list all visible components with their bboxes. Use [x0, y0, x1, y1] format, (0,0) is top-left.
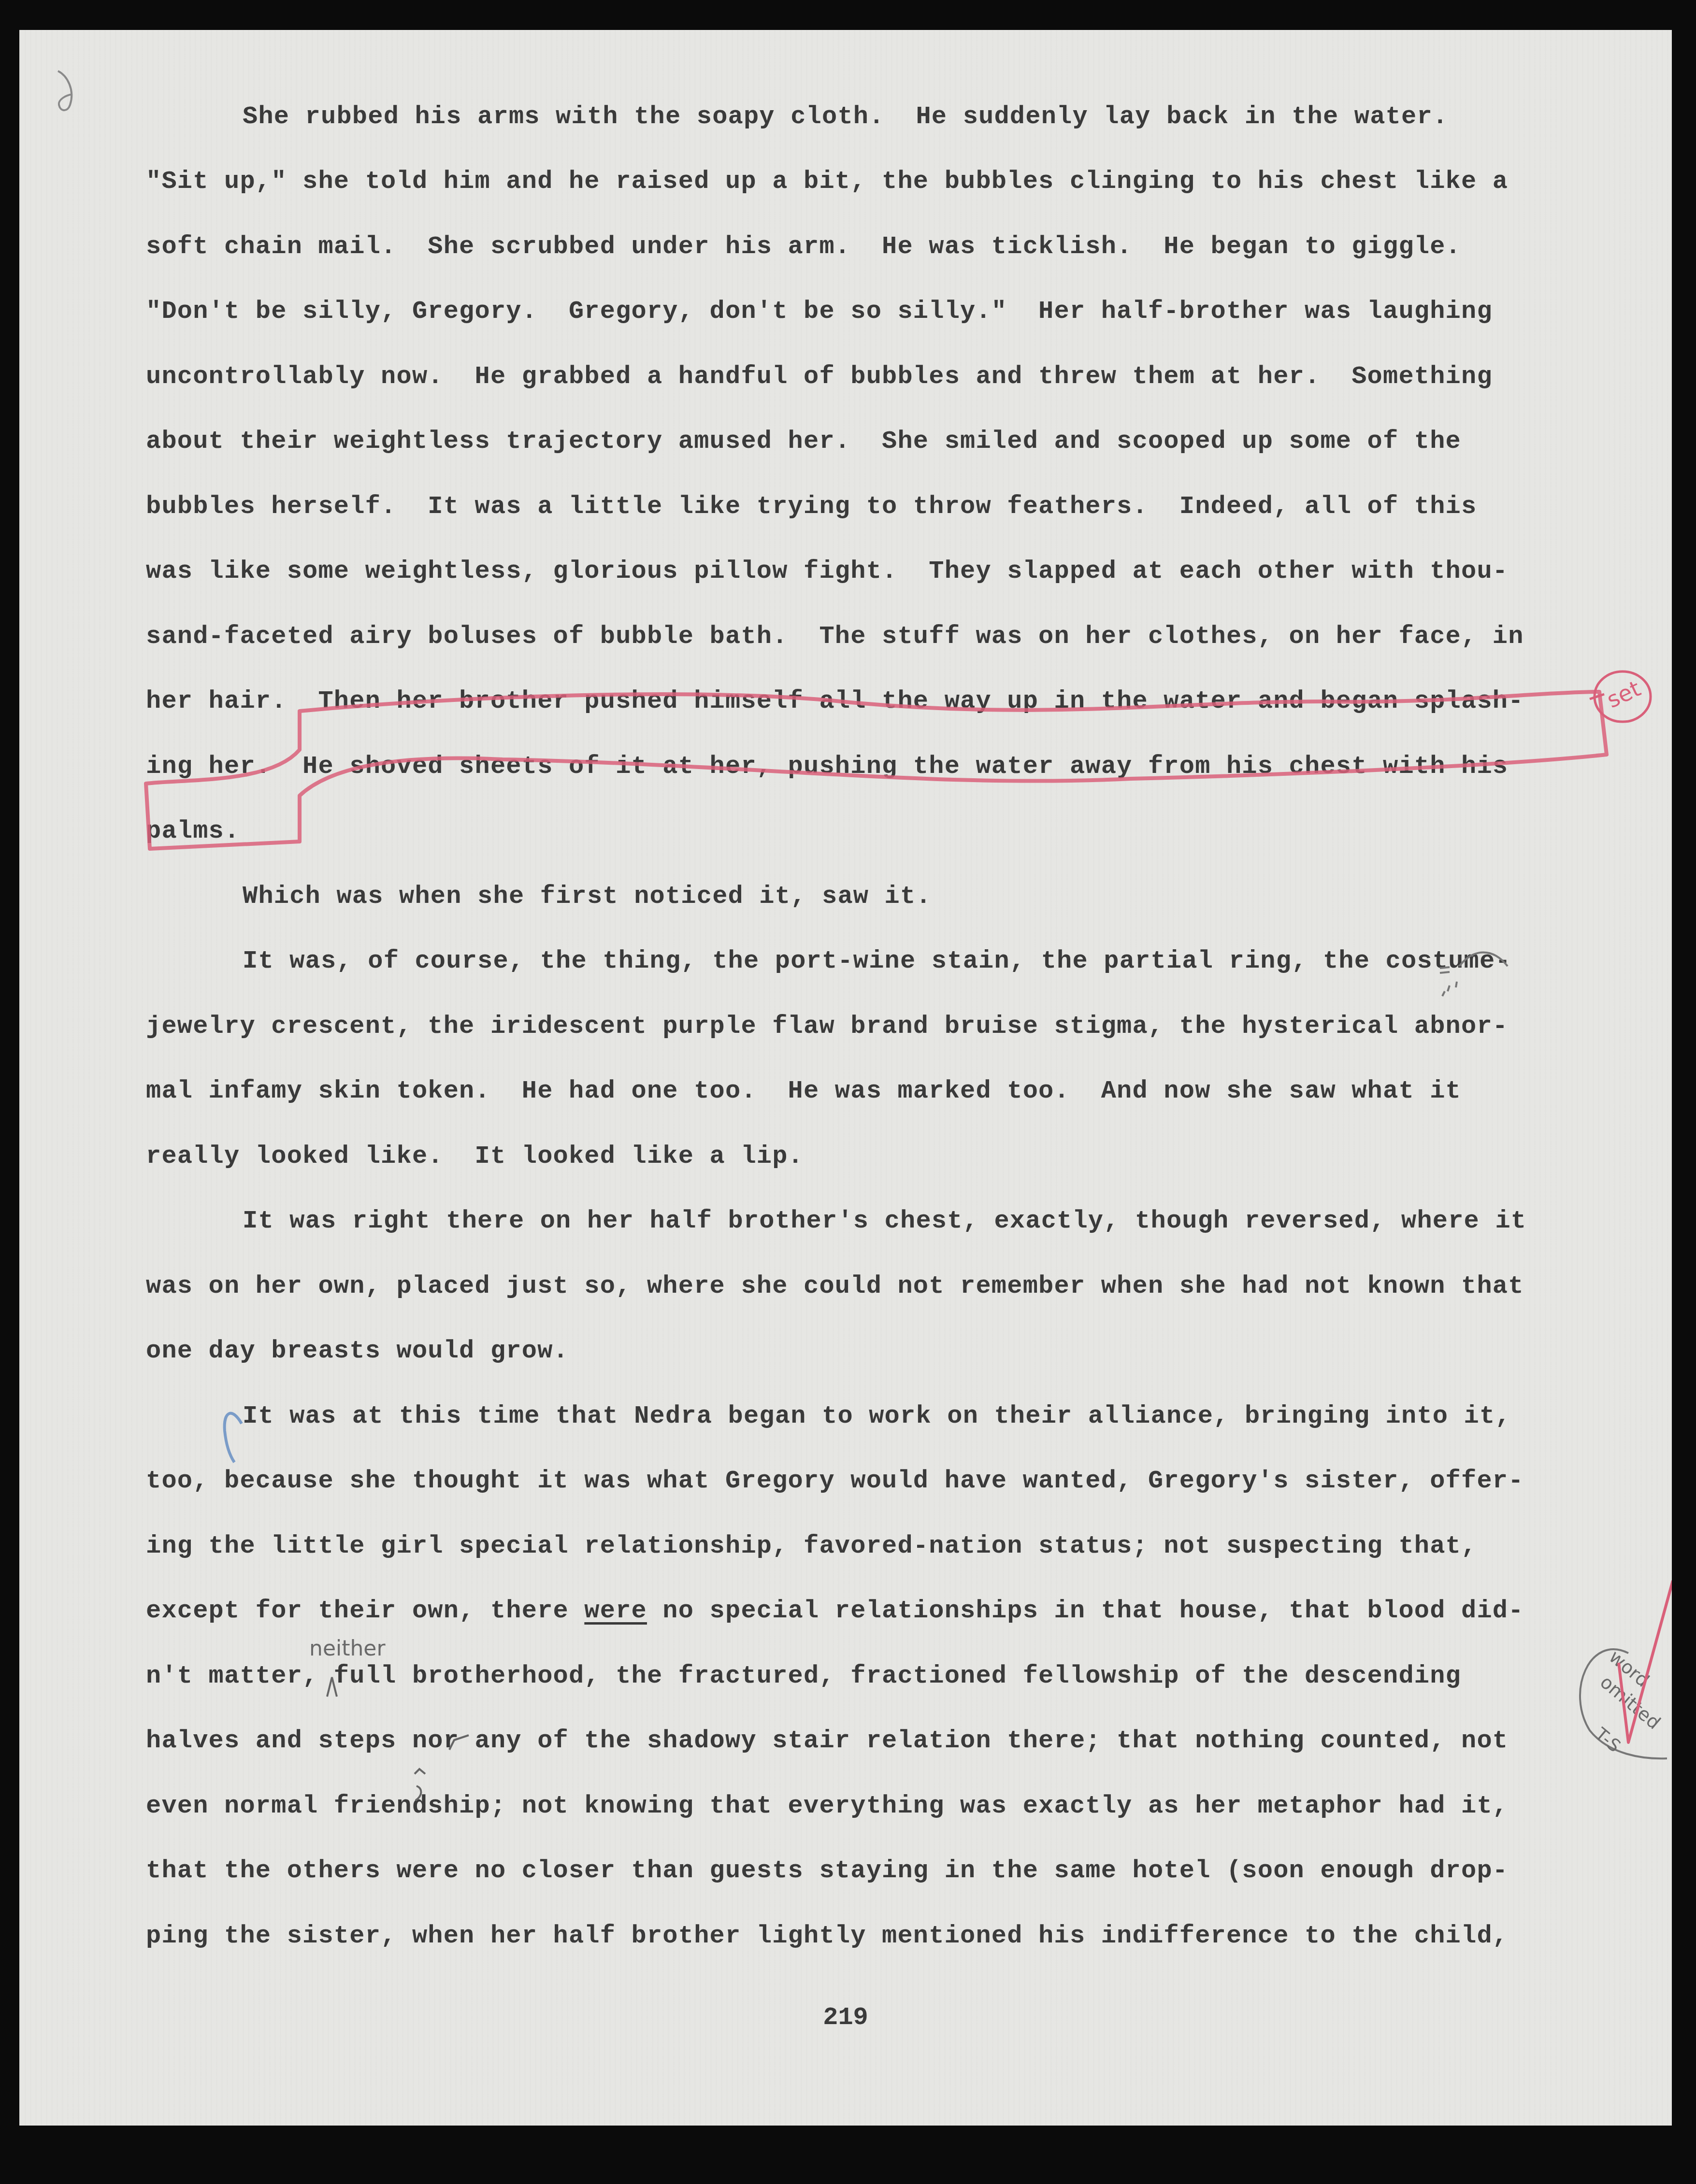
set-note: set	[1585, 668, 1653, 726]
text-line: It was at this time that Nedra began to …	[243, 1402, 1511, 1431]
text-line: palms.	[146, 817, 240, 846]
circle-icon	[1585, 668, 1653, 726]
text-line: ping the sister, when her half brother l…	[146, 1922, 1508, 1951]
text-line: one day breasts would grow.	[146, 1337, 569, 1366]
text-segment: no special relationships in that house, …	[647, 1597, 1524, 1625]
underlined-word: were	[584, 1597, 647, 1625]
marginal-note-line1: word	[1605, 1646, 1653, 1691]
text-line: was on her own, placed just so, where sh…	[146, 1272, 1524, 1301]
insertion-note-neither: neither	[309, 1636, 385, 1661]
word-omitted-marginal-note: word omitted T-S	[1561, 1576, 1672, 1769]
text-line: It was, of course, the thing, the port-w…	[243, 947, 1511, 976]
text-line: "Don't be silly, Gregory. Gregory, don't…	[146, 297, 1493, 326]
set-note-text: set	[1603, 675, 1645, 714]
page-number: 219	[19, 2003, 1672, 2032]
text-line: about their weightless trajectory amused…	[146, 427, 1461, 456]
pencil-margin-mark-icon	[48, 57, 106, 129]
text-line: ing her. He shoved sheets of it at her, …	[146, 752, 1508, 781]
manuscript-page: She rubbed his arms with the soapy cloth…	[19, 30, 1672, 2126]
text-line: ing the little girl special relationship…	[146, 1532, 1477, 1561]
text-line: n't matter, full brotherhood, the fractu…	[146, 1662, 1461, 1691]
text-line: that the others were no closer than gues…	[146, 1856, 1508, 1885]
marginal-note-line2: omitted	[1596, 1671, 1665, 1734]
text-line: halves and steps nor any of the shadowy …	[146, 1727, 1508, 1756]
text-line: bubbles herself. It was a little like tr…	[146, 492, 1477, 521]
pencil-arc-icon	[1561, 1576, 1672, 1769]
marginal-note-line3: T-S	[1591, 1724, 1624, 1756]
text-line: She rubbed his arms with the soapy cloth…	[243, 102, 1448, 131]
text-line: even normal friendship; not knowing that…	[146, 1792, 1508, 1821]
text-line: really looked like. It looked like a lip…	[146, 1142, 804, 1171]
text-line: too, because she thought it was what Gre…	[146, 1467, 1524, 1496]
text-line: jewelry crescent, the iridescent purple …	[146, 1012, 1508, 1041]
red-check-mark-icon	[1561, 1576, 1672, 1769]
text-segment: except for their own, there	[146, 1597, 584, 1625]
text-line: sand-faceted airy boluses of bubble bath…	[146, 622, 1524, 651]
text-line: her hair. Then her brother pushed himsel…	[146, 687, 1524, 716]
text-line: mal infamy skin token. He had one too. H…	[146, 1077, 1461, 1106]
text-line: soft chain mail. She scrubbed under his …	[146, 232, 1461, 261]
text-line: It was right there on her half brother's…	[243, 1207, 1526, 1236]
text-line: "Sit up," she told him and he raised up …	[146, 167, 1508, 196]
text-line: uncontrollably now. He grabbed a handful…	[146, 362, 1493, 391]
text-line: was like some weightless, glorious pillo…	[146, 557, 1508, 586]
text-line: Which was when she first noticed it, saw…	[243, 882, 932, 911]
text-line-with-underline: except for their own, there were no spec…	[146, 1597, 1524, 1626]
